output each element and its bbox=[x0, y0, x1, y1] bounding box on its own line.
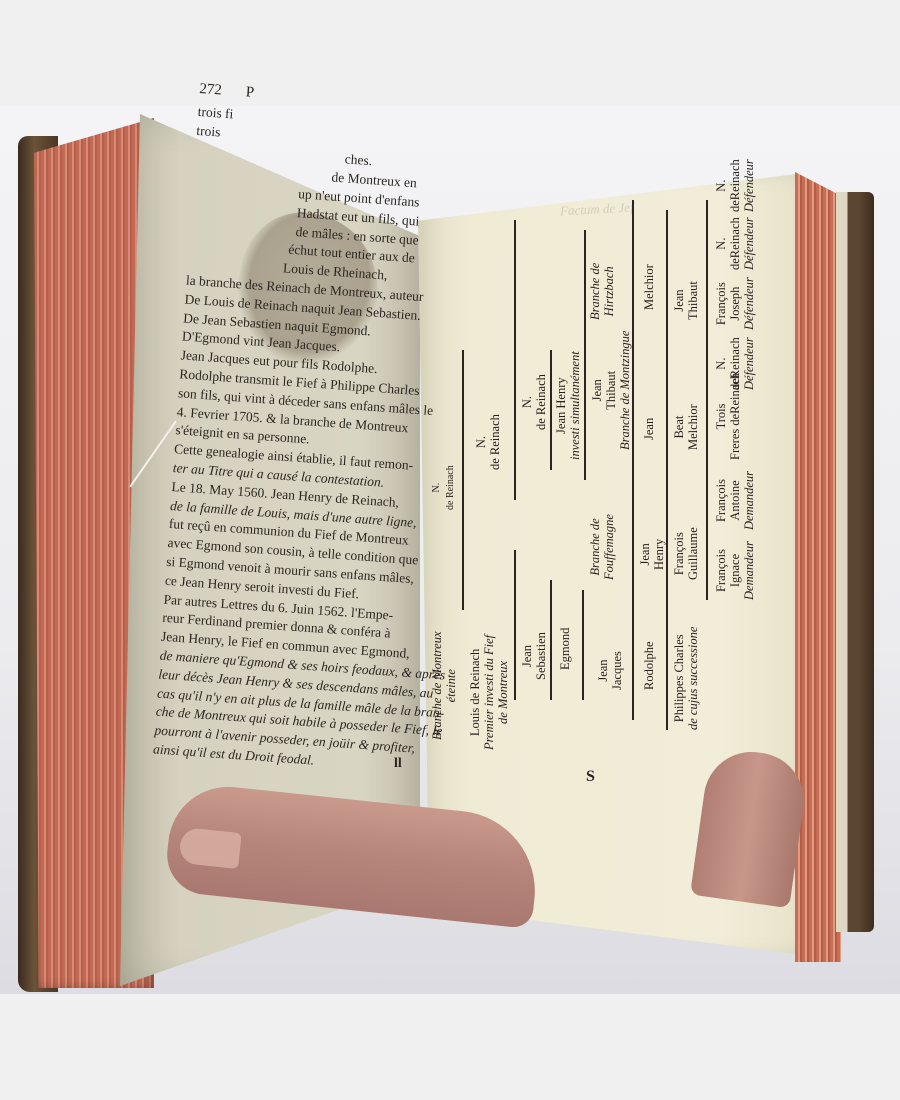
gen-rodolphe: Rodolphe bbox=[642, 641, 656, 690]
left-page-text: 272 P trois fi trois ches. de Montreux e… bbox=[153, 80, 425, 775]
gen-jean-henry-2: Jean Henry bbox=[638, 539, 666, 570]
table-rule bbox=[514, 220, 516, 500]
party-n-reinach: N. deReinach Défendeur bbox=[714, 337, 756, 390]
gen-francois-guillaume: François Guillaume bbox=[672, 527, 700, 580]
table-rule bbox=[584, 230, 586, 480]
table-rule bbox=[706, 200, 708, 600]
gen-philippes-charles: Philippes Charles de cujus successione bbox=[672, 627, 700, 730]
party-francois-joseph: François Joseph Défendeur bbox=[714, 277, 756, 330]
table-rule bbox=[514, 550, 516, 700]
table-rule bbox=[550, 580, 552, 700]
table-rule bbox=[666, 210, 668, 730]
right-page-edges bbox=[795, 172, 841, 962]
table-rule bbox=[462, 350, 464, 610]
party-francois-ignace: François Ignace Demandeur bbox=[714, 541, 756, 600]
running-head: P bbox=[245, 83, 255, 102]
table-rule bbox=[582, 590, 584, 700]
gen-louis: Louis de Reinach Premier investi du Fief… bbox=[468, 635, 510, 750]
gen-n-reinach: N. de Reinach bbox=[474, 414, 502, 470]
gen-n-reinach-2: N. de Reinach bbox=[520, 374, 548, 430]
gen-jean-jacques: Jean Jacques bbox=[596, 651, 624, 690]
branch-fouffemagne-label: Branche de Fouffemagne bbox=[588, 514, 616, 580]
genealogy-table: Branche de Montreux éteinte N. de Reinac… bbox=[426, 200, 786, 760]
table-rule bbox=[550, 350, 552, 470]
root-branch-label: Branche de Montreux éteinte bbox=[430, 631, 458, 740]
gen-beat-melchior: Beat Melchior bbox=[672, 404, 700, 450]
root-sibling: N. de Reinach bbox=[430, 465, 458, 510]
party-n-reinach-2: N. deReinach Défendeur bbox=[714, 217, 756, 270]
right-cover-binding bbox=[836, 192, 874, 932]
page-number: 272 bbox=[199, 80, 223, 100]
gen-jean-thibaut-2: Jean Thibaut bbox=[672, 281, 700, 320]
gen-jean-sebastien: Jean Sebastien bbox=[520, 632, 548, 680]
table-rule bbox=[632, 200, 634, 720]
gen-jean-henry: Jean Henry investi simultanément bbox=[554, 351, 582, 460]
gen-egmond: Egmond bbox=[558, 628, 572, 670]
signature-mark: S bbox=[586, 768, 595, 786]
left-signature-mark: ll bbox=[394, 756, 402, 772]
branch-hirtzbach-label: Branche de Hirtzbach bbox=[588, 263, 616, 320]
gen-jean: Jean bbox=[642, 418, 656, 440]
gen-melchior: Melchior bbox=[642, 264, 656, 310]
party-francois-antoine: François Antoine Demandeur bbox=[714, 471, 756, 530]
gen-jean-thibaut: Jean Thibaut Branche de Montzingue bbox=[590, 331, 632, 450]
party-n-reinach-3: N. deReinach Défendeur bbox=[714, 159, 756, 212]
